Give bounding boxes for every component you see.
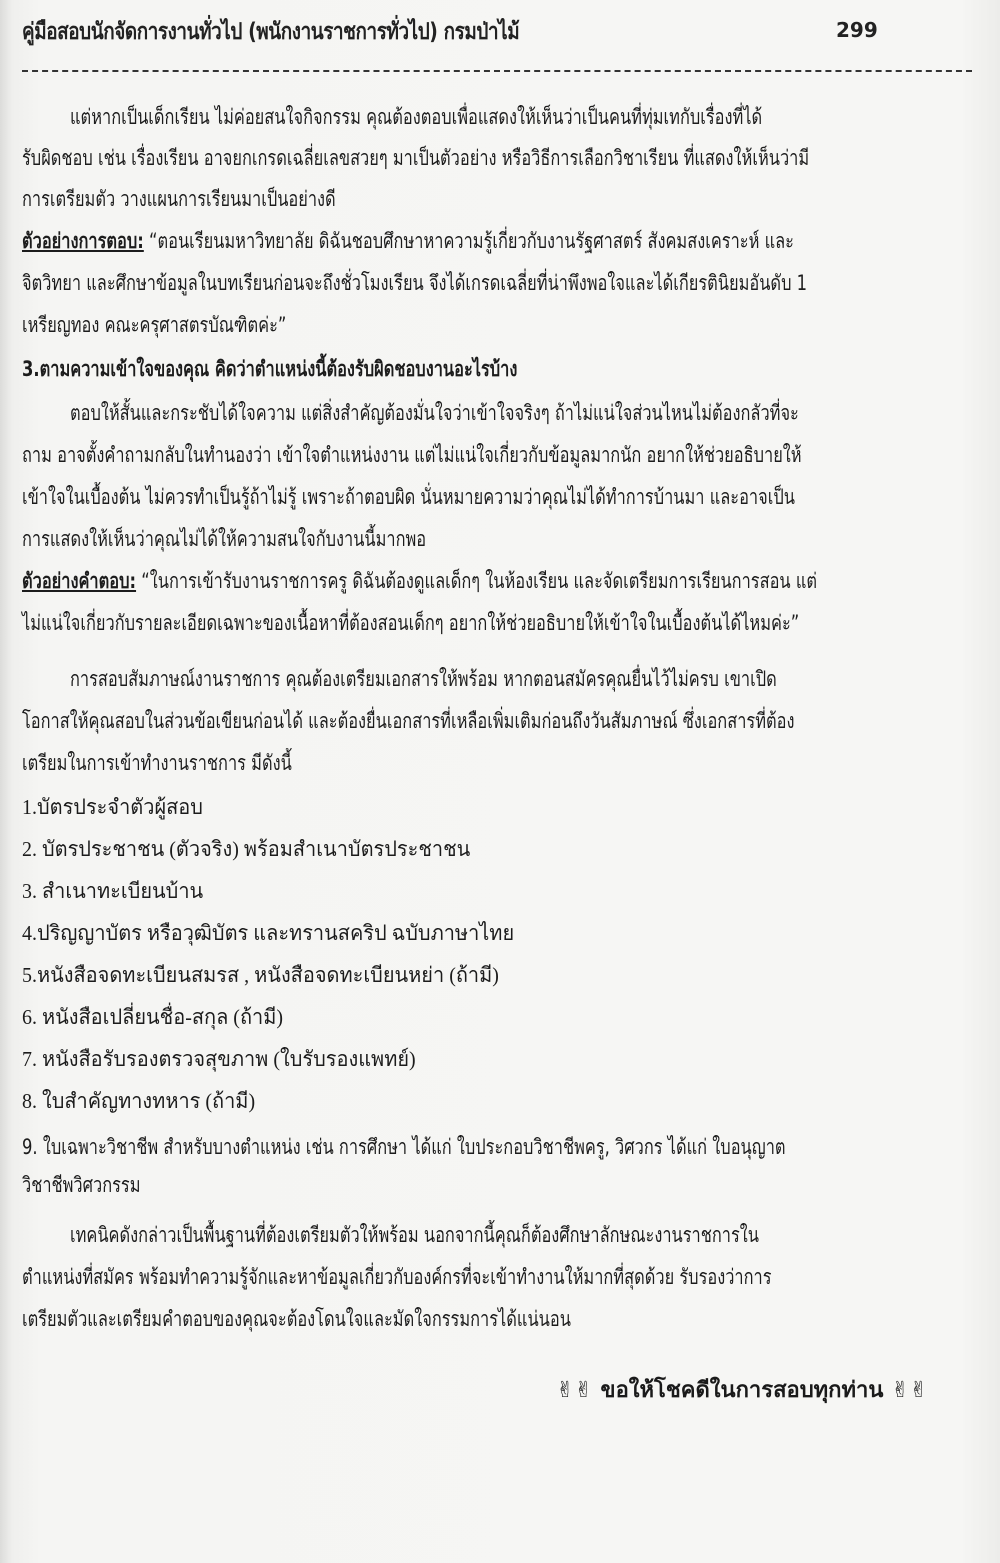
victory-hand-icon: ✌✌ [556,1378,593,1403]
example-answer-line: ตัวอย่างการตอบ: “ตอนเรียนมหาวิทยาลัย ดิฉ… [22,226,794,256]
book-title: คู่มือสอบนักจัดการงานทั่วไป (พนักงานราชก… [22,14,519,50]
paragraph-line: โอกาสให้คุณสอบในส่วนข้อเขียนก่อนได้ และต… [22,706,794,736]
paragraph-line: เข้าใจในเบื้องต้น ไม่ควรทำเป็นรู้ถ้าไม่ร… [22,482,795,512]
header-divider [22,70,972,72]
paragraph-line: เตรียมตัวและเตรียมคำตอบของคุณจะต้องโดนใจ… [22,1304,571,1334]
example-answer-line: จิตวิทยา และศึกษาข้อมูลในบทเรียนก่อนจะถึ… [22,268,807,298]
paragraph-line: ตำแหน่งที่สมัคร พร้อมทำความรู้จักและหาข้… [22,1262,772,1292]
document-list-item: 4.ปริญญาบัตร หรือวุฒิบัตร และทรานสคริป ฉ… [22,918,514,948]
example-text: “ในการเข้ารับงานราชการครู ดิฉันต้องดูแลเ… [136,569,817,593]
example-answer-line: ตัวอย่างคำตอบ: “ในการเข้ารับงานราชการครู… [22,566,817,596]
example-answer-line: เหรียญทอง คณะครุศาสตรบัณฑิตค่ะ” [22,310,286,340]
paragraph-line: การสอบสัมภาษณ์งานราชการ คุณต้องเตรียมเอก… [70,664,777,694]
document-list-item: 2. บัตรประชาชน (ตัวจริง) พร้อมสำเนาบัตรป… [22,834,470,864]
example-text: “ตอนเรียนมหาวิทยาลัย ดิฉันชอบศึกษาหาความ… [144,229,794,253]
document-list-item: 9. ใบเฉพาะวิชาชีพ สำหรับบางตำแหน่ง เช่น … [22,1132,786,1162]
question-heading: 3.ตามความเข้าใจของคุณ คิดว่าตำแหน่งนี้ต้… [22,354,517,384]
document-list-item: 8. ใบสำคัญทางทหาร (ถ้ามี) [22,1086,255,1116]
document-list-item: 7. หนังสือรับรองตรวจสุขภาพ (ใบรับรองแพทย… [22,1044,416,1074]
paragraph-line: เทคนิคดังกล่าวเป็นพื้นฐานที่ต้องเตรียมตั… [70,1220,759,1250]
example-answer-line: ไม่แน่ใจเกี่ยวกับรายละเอียดเฉพาะของเนื้อ… [22,608,799,638]
document-list-item: 6. หนังสือเปลี่ยนชื่อ-สกุล (ถ้ามี) [22,1002,283,1032]
closing-message: ✌✌ ขอให้โชคดีในการสอบทุกท่าน ✌✌ [556,1372,928,1407]
page-number: 299 [836,18,878,42]
document-list-item: 3. สำเนาทะเบียนบ้าน [22,876,203,906]
paragraph-line: การเตรียมตัว วางแผนการเรียนมาเป็นอย่างดี [22,184,336,214]
closing-text: ขอให้โชคดีในการสอบทุกท่าน [601,1378,884,1403]
document-list-item-continued: วิชาชีพวิศวกรรม [22,1170,141,1200]
paragraph-line: ถาม อาจตั้งคำถามกลับในทำนองว่า เข้าใจตำแ… [22,440,802,470]
page-header: คู่มือสอบนักจัดการงานทั่วไป (พนักงานราชก… [22,14,982,54]
paragraph-line: เตรียมในการเข้าทำงานราชการ มีดังนี้ [22,748,292,778]
paragraph-line: แต่หากเป็นเด็กเรียน ไม่ค่อยสนใจกิจกรรม ค… [70,102,762,132]
victory-hand-icon: ✌✌ [891,1378,928,1403]
example-label: ตัวอย่างการตอบ: [22,229,144,253]
document-page: คู่มือสอบนักจัดการงานทั่วไป (พนักงานราชก… [0,0,1000,1563]
paragraph-line: ตอบให้สั้นและกระชับได้ใจความ แต่สิ่งสำคั… [70,398,799,428]
document-list-item: 1.บัตรประจำตัวผู้สอบ [22,792,203,822]
paragraph-line: รับผิดชอบ เช่น เรื่องเรียน อาจยกเกรดเฉลี… [22,143,809,173]
paragraph-line: การแสดงให้เห็นว่าคุณไม่ได้ให้ความสนใจกับ… [22,524,426,554]
document-list-item: 5.หนังสือจดทะเบียนสมรส , หนังสือจดทะเบีย… [22,960,499,990]
example-label: ตัวอย่างคำตอบ: [22,569,136,593]
